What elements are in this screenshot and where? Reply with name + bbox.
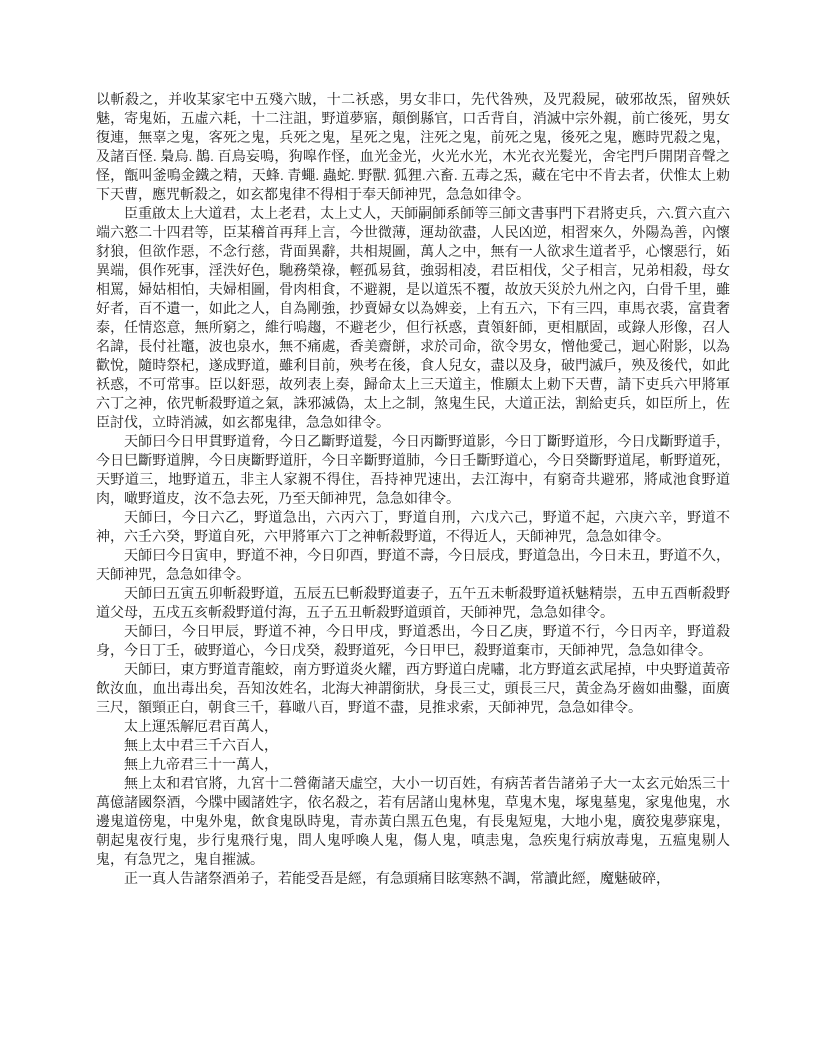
paragraph-tianshi-six-cycles: 天師曰，今日六乙，野道急出，六丙六丁，野道自刑，六戊六己，野道不起，六庚六辛，野… (96, 509, 730, 547)
line-lord-jiudi: 無上九帝君三十一萬人， (96, 756, 730, 775)
paragraph-ghost-list: 無上太和君官將，九宮十二營衛諸天虛空，大小一切百姓，有病苦者告諸弟子大一太玄元始… (96, 775, 730, 870)
paragraph-zhengyi-zhenren: 正一真人告諸祭酒弟子，若能受吾是經，有急頭痛目眩寒熱不調，常讀此經，魔魅破碎， (96, 870, 730, 889)
paragraph-tianshi-days: 天師曰，今日甲辰，野道不神，今日甲戌，野道悉出，今日乙庚，野道不行，今日丙辛，野… (96, 623, 730, 661)
document-page: 以斬殺之，并收某家宅中五殘六賊，十二袄惑，男女非口，先代咎殃，及咒殺屍，破邪故炁… (0, 0, 816, 1056)
paragraph-memorial: 臣重啟太上大道君，太上老君，太上丈人，天師嗣師系師等三師文書事門下君將吏兵，六.… (96, 205, 730, 433)
line-lord-baiwan: 太上運炁解厄君百萬人， (96, 718, 730, 737)
line-lord-taizhong: 無上太中君三千六百人， (96, 737, 730, 756)
paragraph-tianshi-five-pairs: 天師曰五寅五卯斬殺野道，五辰五巳斬殺野道妻子，五午五未斬殺野道袄魅精崇，五申五酉… (96, 585, 730, 623)
paragraph-tianshi-stems: 天師曰今日甲貫野道脅，今日乙斷野道髮，今日丙斷野道影，今日丁斷野道形，今日戊斷野… (96, 433, 730, 509)
paragraph-tianshi-directions: 天師曰，東方野道青龍蛟，南方野道炎火耀，西方野道白虎嘯，北方野道玄武尾掉，中央野… (96, 661, 730, 718)
paragraph-continuation: 以斬殺之，并收某家宅中五殘六賊，十二袄惑，男女非口，先代咎殃，及咒殺屍，破邪故炁… (96, 91, 730, 205)
paragraph-tianshi-branches: 天師曰今日寅申，野道不神，今日卯酉，野道不壽，今日辰戌，野道急出，今日未丑，野道… (96, 547, 730, 585)
text-block: 以斬殺之，并收某家宅中五殘六賊，十二袄惑，男女非口，先代咎殃，及咒殺屍，破邪故炁… (96, 91, 730, 889)
